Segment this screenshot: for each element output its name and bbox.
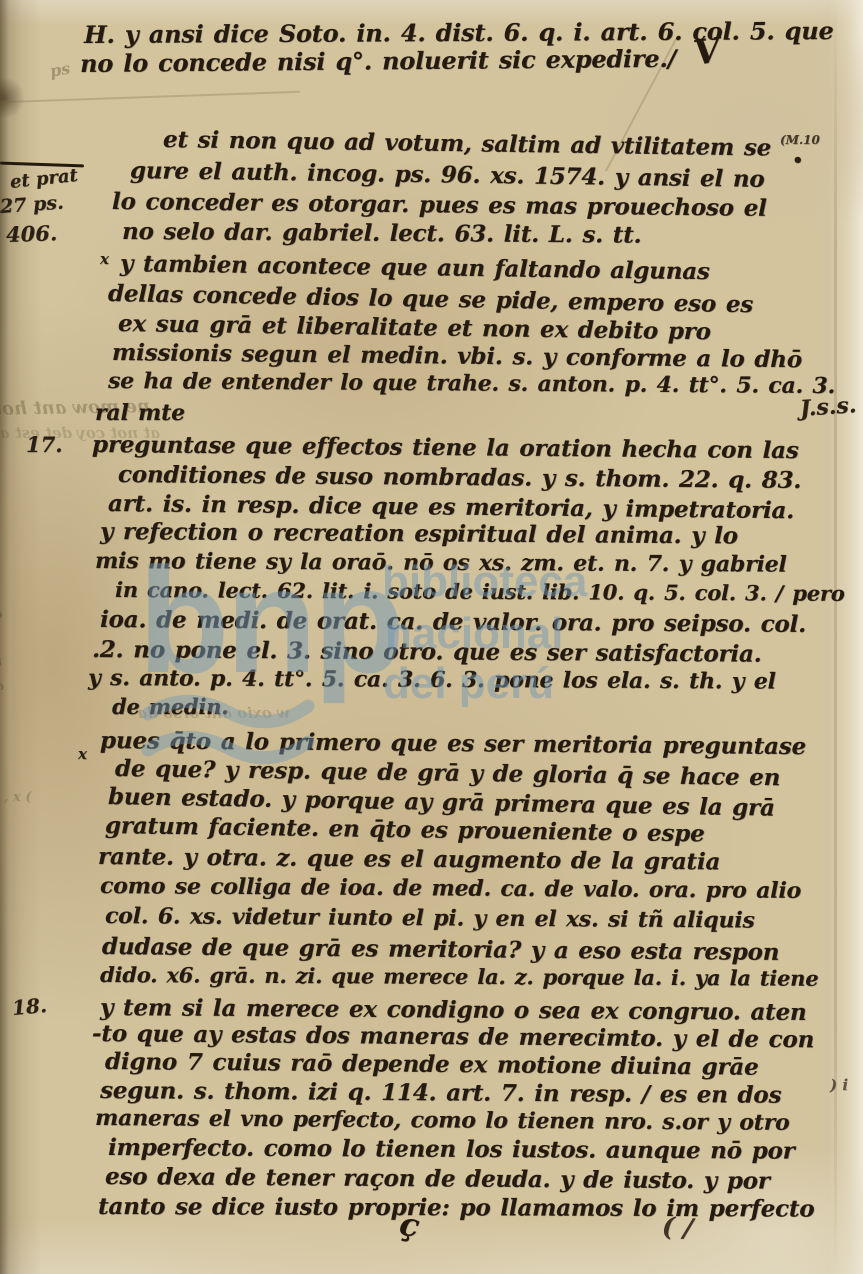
bleedthrough-text: de lu [0, 606, 2, 622]
manuscript-line: preguntase que effectos tiene la oration… [92, 431, 799, 464]
manuscript-line: pues q̄to a lo primero que es ser merito… [100, 727, 806, 760]
bleedthrough-text: tw soil [0, 654, 2, 670]
manuscript-line: tanto se dice iusto proprie: po llamamos… [98, 1193, 815, 1223]
manuscript-line: col. 6. xs. videtur iunto el pi. y en el… [105, 903, 755, 934]
manuscript-line: mis mo tiene sy la oraō. nō os xs. zm. e… [95, 548, 787, 578]
manuscript-line: dudase de que grā es meritoria? y a eso … [102, 933, 779, 966]
manuscript-line: no selo dar. gabriel. lect. 63. lit. L. … [122, 218, 642, 249]
margin-note: 27 ps. [0, 192, 64, 218]
manuscript-line: imperfecto. como lo tienen los iustos. a… [108, 1134, 795, 1165]
margin-note: et prat [9, 165, 79, 193]
manuscript-line: como se colliga de ioa. de med. ca. de v… [100, 873, 801, 904]
manuscript-line: gure el auth. incog. ps. 96. xs. 1574. y… [130, 157, 765, 193]
manuscript-line: eso dexa de tener raçon de deuda. y de i… [105, 1163, 770, 1195]
margin-faint-mark: ps [48, 59, 71, 81]
manuscript-line: maneras el vno perfecto, como lo tienen … [95, 1105, 790, 1136]
manuscript-line: H. y ansi dice Soto. in. 4. dist. 6. q. … [84, 16, 834, 49]
bleedthrough-text: ad cos [0, 678, 4, 694]
margin-note: 406. [6, 220, 58, 247]
margin-note: (M.10 [780, 133, 820, 147]
manuscript-line: rante. y otra. z. que es el augmento de … [98, 843, 720, 875]
manuscript-line: in cano. lect. 62. lit. i. soto de iust.… [115, 577, 845, 606]
manuscript-line: no lo concede nisi q°. noluerit sic expe… [80, 44, 676, 78]
margin-note: ) i [830, 1076, 848, 1094]
manuscript-line: ioa. de medi. de orat. ca. de valor. ora… [100, 606, 806, 638]
margin-section-mark: J.s.s. [799, 392, 857, 422]
paragraph-number: 17. [26, 432, 63, 457]
flourish-mark: V [691, 31, 723, 74]
manuscript-line: y refection o recreation espiritual del … [100, 518, 738, 549]
ink-dot: • [792, 150, 804, 171]
manuscript-line: y tambien acontece que aun faltando algu… [120, 250, 710, 285]
margin-cross-mark: x [78, 745, 87, 763]
manuscript-page: H. y ansi dice Soto. in. 4. dist. 6. q. … [0, 0, 863, 1274]
manuscript-line: lo conceder es otorgar. pues es mas prou… [112, 188, 767, 222]
flourish-mark: ( / [661, 1212, 694, 1244]
manuscript-line: et si non quo ad votum, saltim ad vtilit… [163, 126, 771, 161]
manuscript-line: .2. no pone el. 3. sino otro. que es ser… [92, 636, 762, 668]
manuscript-line: ral mte [95, 400, 185, 426]
paper-crease [0, 91, 300, 103]
manuscript-line: dido. x6. grā. n. zi. que merece la. z. … [100, 962, 819, 991]
manuscript-line: se ha de entender lo que trahe. s. anton… [108, 368, 835, 399]
paragraph-number: 18. [11, 993, 48, 1020]
manuscript-line: y s. anto. p. 4. tt°. 5. ca. 3. 6. 3. po… [88, 665, 776, 695]
margin-cross-mark: x [100, 250, 109, 268]
manuscript-line: digno 7 cuius raō depende ex motione diu… [105, 1048, 759, 1081]
manuscript-line: de medin. [112, 694, 228, 719]
margin-faint-mark: , x ( [4, 790, 31, 805]
manuscript-line: segun. s. thom. izi q. 114. art. 7. in r… [100, 1077, 781, 1109]
manuscript-line: conditiones de suso nombradas. y s. thom… [118, 461, 801, 494]
